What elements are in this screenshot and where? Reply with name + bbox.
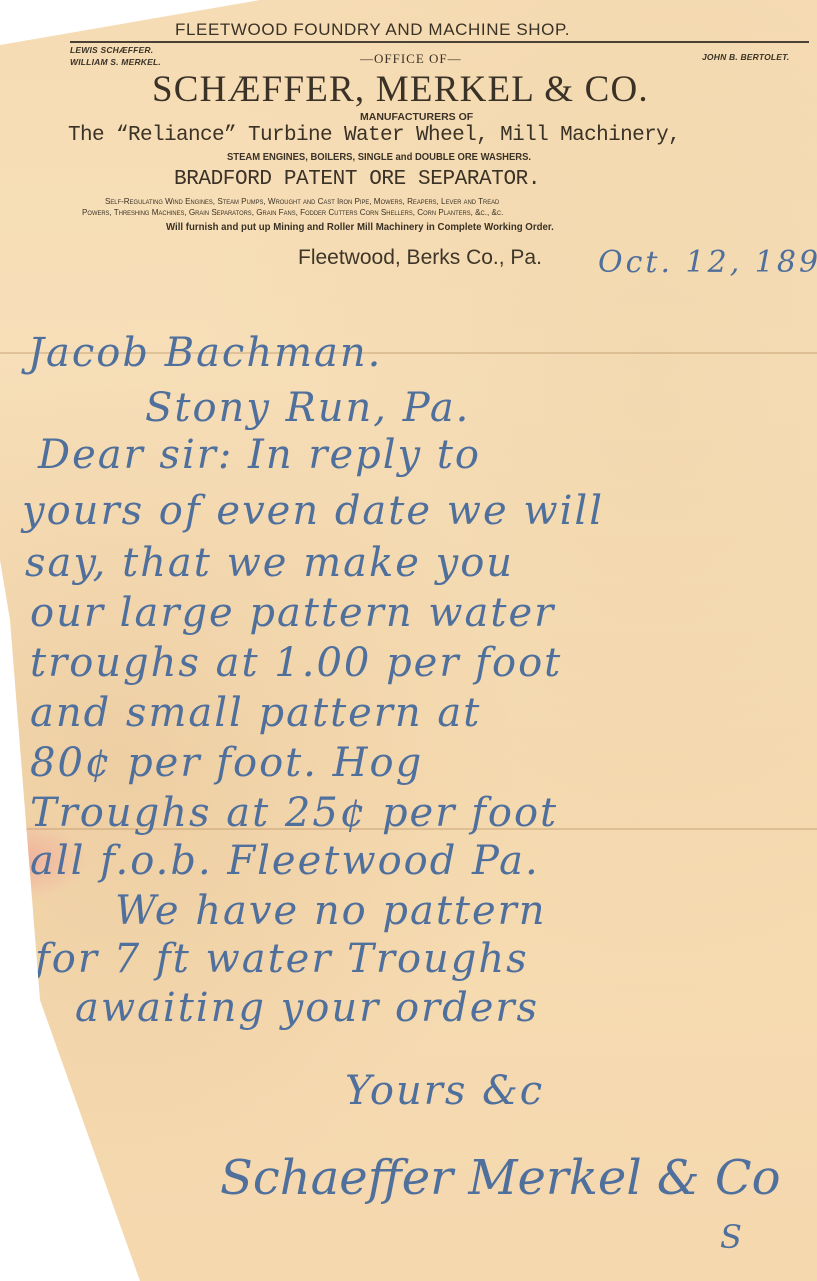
letter-line: yours of even date we will: [22, 488, 604, 534]
signature-initial: S: [720, 1218, 744, 1256]
letter-line: awaiting your orders: [75, 985, 539, 1031]
header-rule: [70, 41, 809, 43]
foundry-title: FLEETWOOD FOUNDRY AND MACHINE SHOP.: [175, 20, 570, 40]
letter-line: Troughs at 25¢ per foot: [30, 790, 558, 836]
letter-paper: FLEETWOOD FOUNDRY AND MACHINE SHOP. LEWI…: [0, 0, 817, 1281]
letter-line: troughs at 1.00 per foot: [30, 640, 562, 686]
letter-line: say, that we make you: [25, 540, 514, 586]
manufacturers-label: MANUFACTURERS OF: [360, 111, 473, 123]
product-main: The “Reliance” Turbine Water Wheel, Mill…: [68, 124, 680, 147]
firm-name: SCHÆFFER, MERKEL & CO.: [152, 68, 649, 111]
letter-closing: Yours &c: [345, 1068, 544, 1114]
letter-line: We have no pattern: [115, 888, 547, 934]
will-furnish-text: Will furnish and put up Mining and Rolle…: [166, 221, 554, 233]
letter-date: Oct. 12, 189: [598, 245, 817, 280]
letter-line: all f.o.b. Fleetwood Pa.: [30, 838, 540, 884]
letter-line: 80¢ per foot. Hog: [30, 740, 423, 786]
partner-name: LEWIS SCHÆFFER.: [70, 45, 153, 55]
signature: Schaeffer Merkel & Co: [220, 1150, 781, 1206]
partner-name: JOHN B. BERTOLET.: [702, 52, 789, 62]
product-bradford: BRADFORD PATENT ORE SEPARATOR.: [174, 168, 540, 191]
letter-line: our large pattern water: [30, 590, 555, 636]
addressee-name: Jacob Bachman.: [28, 330, 382, 376]
letter-line: for 7 ft water Troughs: [35, 936, 529, 982]
addressee-place: Stony Run, Pa.: [145, 385, 470, 431]
office-of-label: —OFFICE OF—: [360, 51, 462, 67]
products-line: Powers, Threshing Machines, Grain Separa…: [82, 207, 503, 217]
letter-line: and small pattern at: [30, 690, 481, 736]
letter-line: Dear sir: In reply to: [38, 432, 481, 478]
products-line: Self-Regulating Wind Engines, Steam Pump…: [105, 196, 499, 206]
product-steam: STEAM ENGINES, BOILERS, SINGLE and DOUBL…: [227, 151, 531, 163]
partner-name: WILLIAM S. MERKEL.: [70, 57, 161, 67]
place-line: Fleetwood, Berks Co., Pa.: [298, 246, 542, 270]
